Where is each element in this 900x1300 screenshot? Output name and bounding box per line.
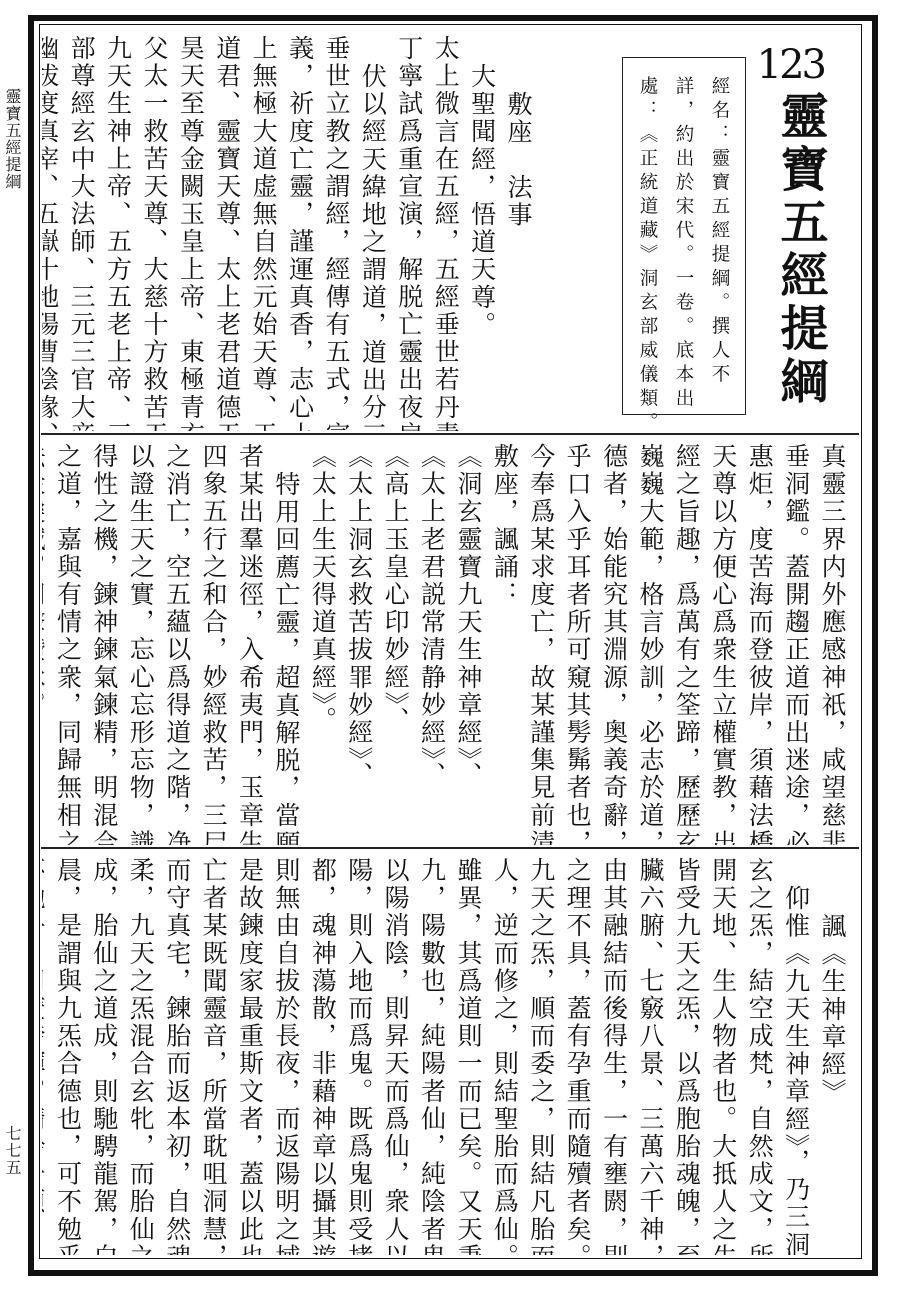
text-column: 昊天至尊金闕玉皇上帝、東極青玄慈	[172, 35, 208, 431]
text-column: 陽，則入地而爲鬼。既爲鬼則受拷酆	[340, 857, 376, 1255]
text-column: 得性之機，鍊神鍊氣鍊精，明混合迴風	[85, 443, 121, 845]
text-column: 惠炬，度苦海而登彼岸，須藉法橋，故	[741, 443, 777, 845]
document-title: 靈寶五經提綱	[770, 91, 830, 409]
text-column: 晨，是謂與九炁合德也，可不勉乎，可	[49, 857, 85, 1255]
text-column: 太上微言在五經，五經垂世若丹青。	[427, 35, 463, 431]
text-column: 幽拔度真宰、五嶽十地陽曹陰掾、主宰	[42, 35, 63, 431]
section-3-text: 諷《生神章經》仰惟《九天生神章經》，乃三洞飛玄之炁，結空成梵，自然成文，所以能開…	[42, 857, 850, 1255]
text-column: 玄之炁，結空成梵，自然成文，所以能	[741, 857, 777, 1255]
text-column: 人，逆而修之，則結聖胎而爲仙。聖凡	[486, 857, 522, 1255]
info-line: 處：《正統道藏》洞玄部威儀類。	[629, 76, 665, 431]
text-column: 九天生神上帝、五方五老上帝、三十六	[99, 35, 135, 431]
text-column: 法衆虔誠，同聲讚詠。	[42, 443, 49, 845]
text-column: 四象五行之和合，妙經救苦，三尸六賊	[195, 443, 231, 845]
text-column: 真靈三界内外應感神祇，咸望慈悲，俯	[814, 443, 850, 845]
text-column: 以證生天之實，忘心忘形忘物，識真常	[122, 443, 158, 845]
scripture-info-box: 經名：靈寶五經提綱。撰人不詳，約出於宋代。一卷。底本出處：《正統道藏》洞玄部威儀…	[622, 57, 746, 415]
text-column: 丁寧試爲重宣演，解脱亡靈出夜扃。	[390, 35, 426, 431]
text-column: 開天地、生人物者也。大抵人之生也，	[704, 857, 740, 1255]
section-1-text: 敷座 法事大聖聞經，悟道天尊。太上微言在五經，五經垂世若丹青。丁寧試爲重宣演，解…	[42, 35, 536, 431]
text-column: 雖異，其爲道則一而已矣。又天秉陽，	[450, 857, 486, 1255]
text-column: 《太上洞玄救苦拔罪妙經》、	[340, 443, 376, 845]
text-column: 義，祈度亡靈，謹運真香，志心上啓太	[281, 35, 317, 431]
text-column: 巍巍大範，格言妙訓，必志於道，據於	[632, 443, 668, 845]
text-column: 柔，九天之炁混合玄牝，而胎仙之道	[122, 857, 158, 1255]
text-column: 之道，嘉與有情之衆，同歸無相之門，	[49, 443, 85, 845]
text-column: 是故鍊度家最重斯文者，蓋以此也。	[231, 857, 267, 1255]
text-column: 大聖聞經，悟道天尊。	[463, 35, 499, 431]
text-column: 之消亡，空五蘊以爲得道之階，净六根	[158, 443, 194, 845]
text-column: 由其融結而後得生，一有壅閼，則生生	[595, 857, 631, 1255]
info-line: 詳，約出於宋代。一卷。底本出	[665, 76, 701, 431]
text-column: 敷座 法事	[500, 35, 536, 431]
section-divider-1	[41, 433, 859, 435]
running-title: 靈寶五經提綱	[3, 88, 21, 190]
text-column: 九天之炁，順而委之，則結凡胎而爲	[522, 857, 558, 1255]
text-column: 《太上生天得道真經》。	[304, 443, 340, 845]
text-column: 之理不具，蓋有孕重而隨殰者矣。夫	[559, 857, 595, 1255]
text-column: 《高上玉皇心印妙經》、	[377, 443, 413, 845]
section-3: 諷《生神章經》仰惟《九天生神章經》，乃三洞飛玄之炁，結空成梵，自然成文，所以能開…	[42, 851, 858, 1255]
text-column: 垂洞鑑。蓋開趨正道而出迷途，必資	[777, 443, 813, 845]
text-column: 皆受九天之炁，以爲胞胎魂魄，至於五	[668, 857, 704, 1255]
text-column: 以陽消陰，則昇天而爲仙，衆人以陰消	[377, 857, 413, 1255]
text-column: 者某出羣迷徑，入希夷門，玉章生神，	[231, 443, 267, 845]
text-column: 垂世立教之謂經，經傳有五式，宣妙	[318, 35, 354, 431]
text-column: 部尊經玄中大法師、三元三官大帝、九	[63, 35, 99, 431]
text-column: 今奉爲某求度亡，故某謹集見前清衆	[522, 443, 558, 845]
section-2: 真靈三界内外應感神祇，咸望慈悲，俯垂洞鑑。蓋開趨正道而出迷途，必資惠炬，度苦海而…	[42, 437, 858, 845]
text-column: 道君、靈寶天尊、太上老君道德天尊、	[208, 35, 244, 431]
text-column: 經之旨趣，爲萬有之筌蹄，歷歷玄文，	[668, 443, 704, 845]
info-line: 經名：靈寶五經提綱。撰人不	[701, 76, 737, 431]
section-1: 123 靈寶五經提綱 經名：靈寶五經提綱。撰人不詳，約出於宋代。一卷。底本出處：…	[42, 27, 858, 431]
document-number: 123	[757, 39, 824, 91]
section-2-text: 真靈三界内外應感神祇，咸望慈悲，俯垂洞鑑。蓋開趨正道而出迷途，必資惠炬，度苦海而…	[42, 443, 850, 845]
text-column: 《洞玄靈寶九天生神章經》、	[450, 443, 486, 845]
text-column: 《太上老君説常清静妙經》、	[413, 443, 449, 845]
text-column: 伏以經天緯地之謂道，道出分三，	[354, 35, 390, 431]
text-column: 仰惟《九天生神章經》，乃三洞飛	[777, 857, 813, 1255]
text-column: 敷座，諷誦：	[486, 443, 522, 845]
text-column: 成，胎仙之道成，則馳騁龍駕，白日登	[85, 857, 121, 1255]
text-column: 亡者某既聞靈音，所當耽咀洞慧，凝神	[195, 857, 231, 1255]
text-column: 特用回薦亡靈，超真解脱，當願亡	[268, 443, 304, 845]
text-column: 天尊以方便心爲衆生立權實教，出五	[704, 443, 740, 845]
text-column: 則無由自拔於長夜，而返陽明之域。	[268, 857, 304, 1255]
text-column: 而守真宅，鍊胎而返本初，自然魂魄和	[158, 857, 194, 1255]
text-column: 德者，始能究其淵源，奥義奇辭，非出	[595, 443, 631, 845]
info-box-text: 經名：靈寶五經提綱。撰人不詳，約出於宋代。一卷。底本出處：《正統道藏》洞玄部威儀…	[629, 76, 737, 431]
text-column: 都，魂神蕩散，非藉神章以攝其遊爽，	[304, 857, 340, 1255]
text-column: 上無極大道虚無自然元始天尊、玉晨	[245, 35, 281, 431]
page-number: 七七五	[3, 1125, 21, 1176]
text-column: 諷《生神章經》	[814, 857, 850, 1255]
text-column: 乎口入乎耳者所可窺其髣髴者也，以	[559, 443, 595, 845]
text-column: 臟六腑、七竅八景、三萬六千神，莫不	[632, 857, 668, 1255]
text-column: 九，陽數也，純陽者仙，純陰者鬼，真人	[413, 857, 449, 1255]
text-column: 父太一救苦天尊、大慈十方救苦天尊、	[136, 35, 172, 431]
text-column: 不勉乎！用廣發揮，請吟一頌：	[42, 857, 49, 1255]
section-divider-2	[41, 847, 859, 849]
